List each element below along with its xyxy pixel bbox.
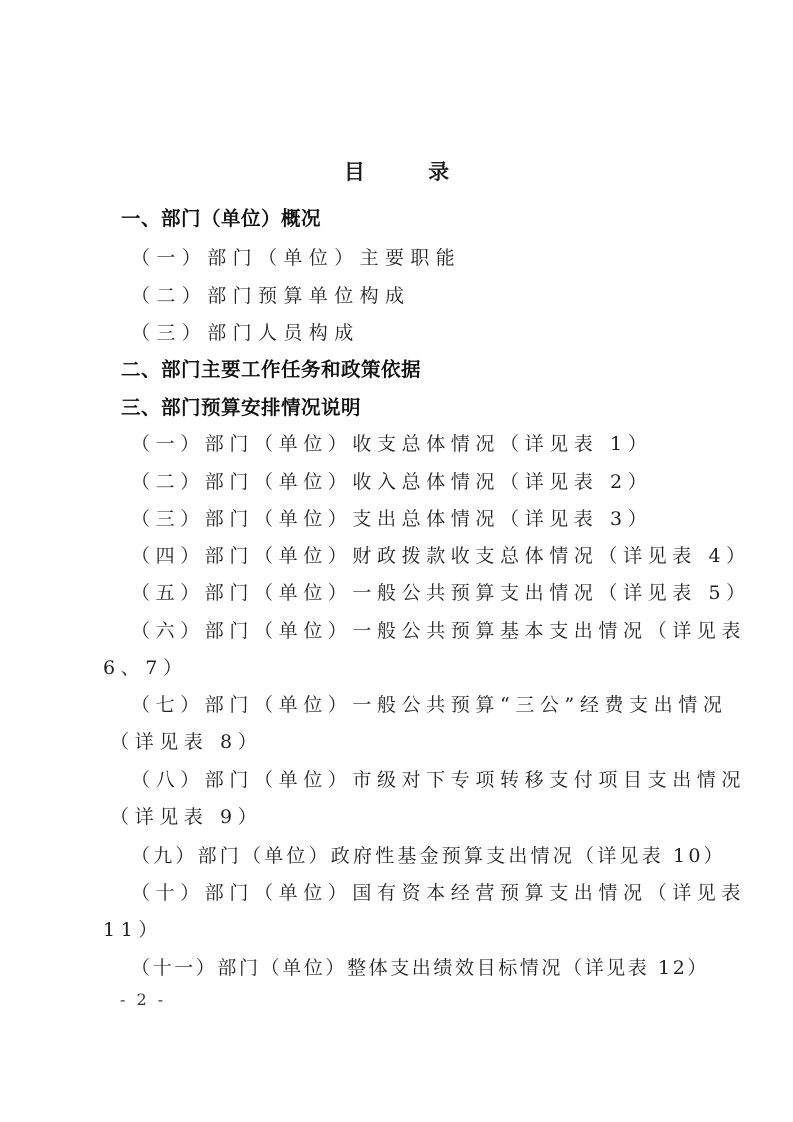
toc-entry-3-10: （十）部门（单位）国有资本经营预算支出情况（详见表 (131, 881, 746, 905)
toc-title: 目 录 (0, 156, 793, 186)
toc-entry-3-8: （八）部门（单位）市级对下专项转移支付项目支出情况 (131, 768, 746, 792)
toc-entry-3-6: （六）部门（单位）一般公共预算基本支出情况（详见表 (131, 619, 746, 643)
toc-entry-3-7: （七）部门（单位）一般公共预算“三公”经费支出情况 (131, 693, 727, 717)
toc-entry-3-8-continued: （详见表 9） (110, 805, 262, 829)
toc-entry-3-5: （五）部门（单位）一般公共预算支出情况（详见表 5） (131, 581, 751, 605)
toc-entry-section-2: 二、部门主要工作任务和政策依据 (121, 358, 421, 382)
toc-entry-3-2: （二）部门（单位）收入总体情况（详见表 2） (131, 470, 652, 494)
toc-entry-3-1: （一）部门（单位）收支总体情况（详见表 1） (131, 432, 652, 456)
toc-entry-3-6-continued: 6、7） (103, 656, 188, 680)
toc-entry-1-3: （三）部门人员构成 (131, 321, 360, 345)
toc-entry-1-1: （一）部门（单位）主要职能 (131, 246, 461, 270)
toc-entry-3-4: （四）部门（单位）财政拨款收支总体情况（详见表 4） (131, 544, 751, 568)
toc-entry-3-3: （三）部门（单位）支出总体情况（详见表 3） (131, 507, 652, 531)
toc-entry-section-3: 三、部门预算安排情况说明 (121, 396, 361, 420)
page-number: - 2 - (120, 990, 166, 1009)
document-page: 目 录 一、部门（单位）概况 （一）部门（单位）主要职能 （二）部门预算单位构成… (0, 0, 793, 1122)
toc-entry-section-1: 一、部门（单位）概况 (121, 207, 321, 231)
toc-entry-3-7-continued: （详见表 8） (110, 730, 262, 754)
toc-entry-3-11: （十一）部门（单位）整体支出绩效目标情况（详见表 12） (131, 956, 709, 980)
toc-entry-3-10-continued: 11） (103, 918, 163, 942)
toc-entry-3-9: （九）部门（单位）政府性基金预算支出情况（详见表 10） (131, 844, 726, 868)
toc-entry-1-2: （二）部门预算单位构成 (131, 284, 410, 308)
